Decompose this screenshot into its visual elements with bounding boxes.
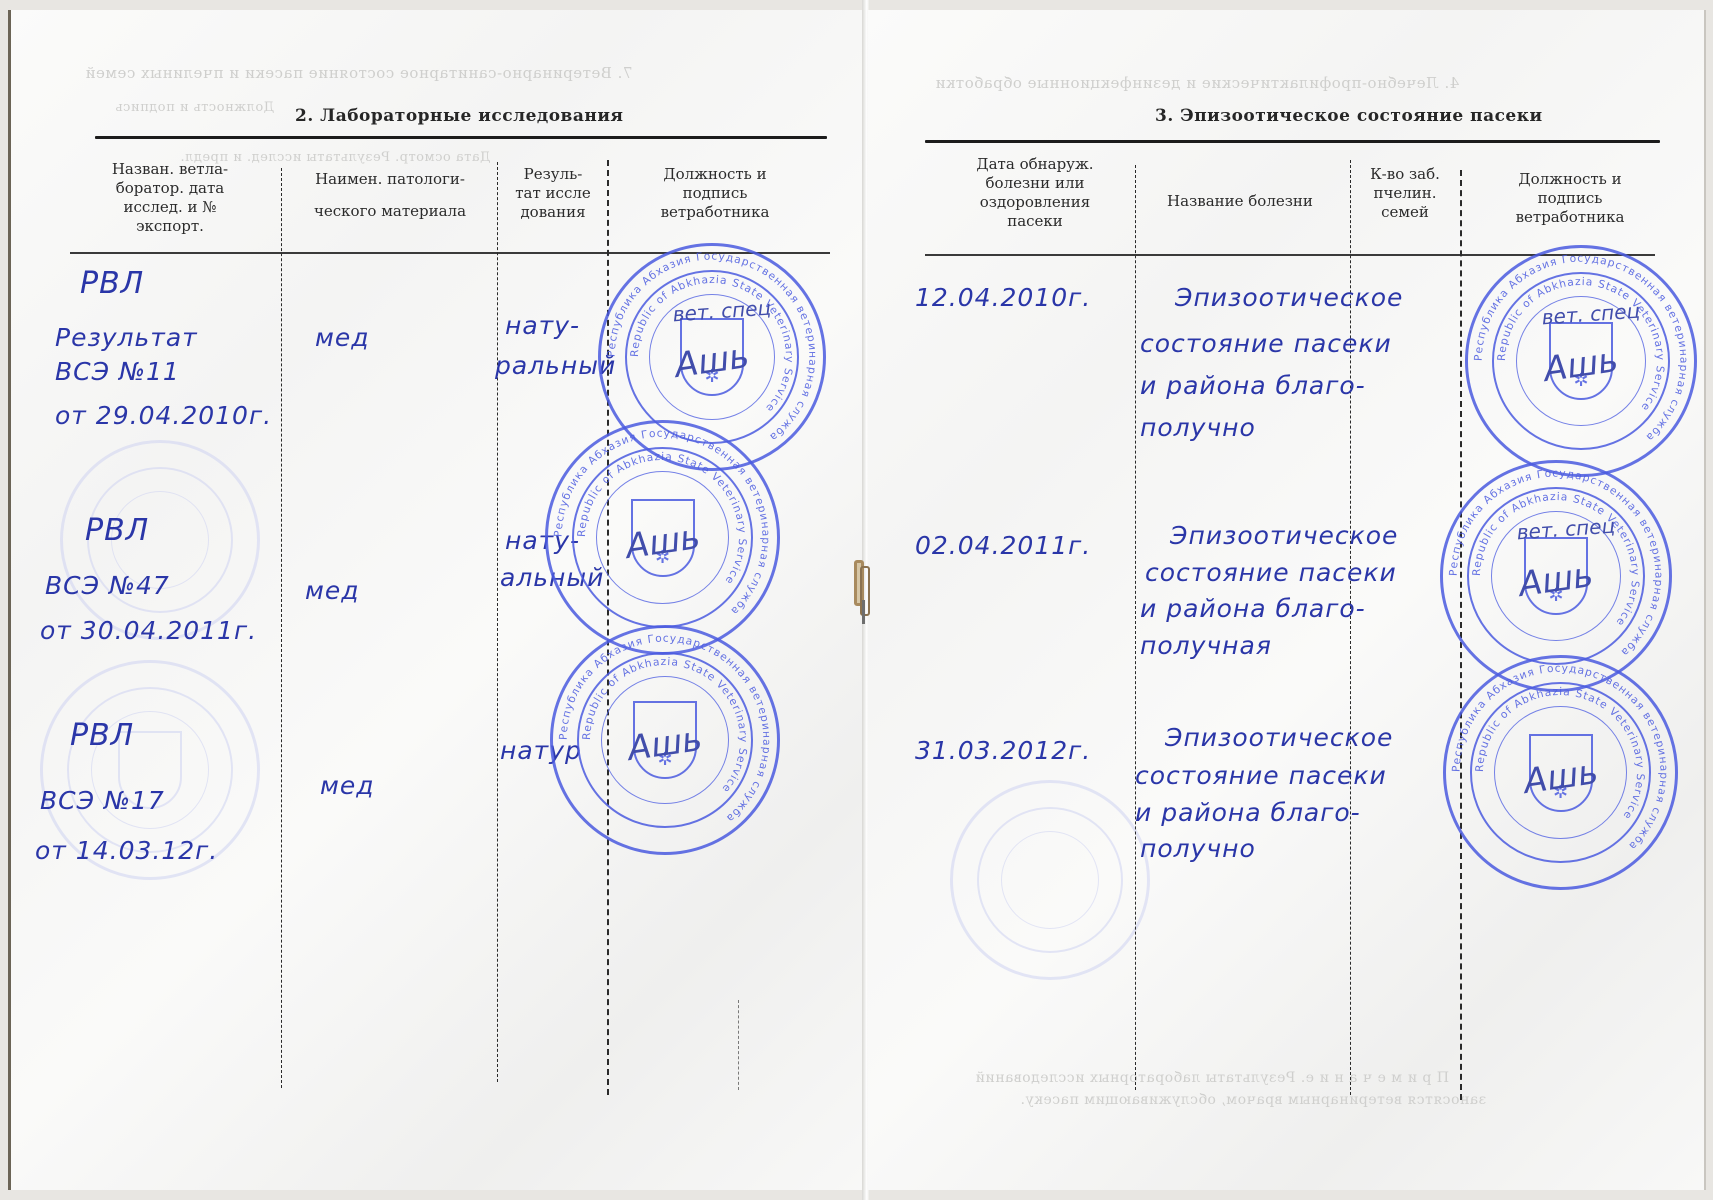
disease-line: получно (1140, 833, 1256, 864)
official-stamp: ✲ Республика Абхазия Государственная вет… (545, 420, 780, 655)
lab-name: РВЛ (80, 268, 144, 299)
date: 02.04.2011г. (915, 530, 1091, 561)
column-divider (281, 168, 282, 1088)
material: мед (305, 575, 360, 606)
lab-name: РВЛ (85, 515, 149, 546)
section-title-lab: 2. Лабораторные исследования (295, 106, 624, 126)
disease-line: и района благо- (1140, 370, 1366, 401)
official-stamp: ✲ Республика Абхазия Государственная вет… (1465, 245, 1697, 477)
ghost-col-right: Должность и подпись (115, 100, 274, 115)
col-header-result: Резуль- тат иссле дования (497, 165, 609, 222)
col-header-lab: Назван. ветла- боратор. дата исслед. и №… (70, 160, 270, 236)
title-rule (95, 136, 827, 139)
col-header-signature: Должность и подпись ветработника (1465, 170, 1675, 227)
disease-line: получная (1140, 630, 1272, 661)
material: мед (320, 770, 375, 801)
lab-line: ВСЭ №17 (40, 785, 165, 816)
svg-text:Republic of Abkhazia State Vet: Republic of Abkhazia State Veterinary Se… (575, 450, 749, 587)
date: 12.04.2010г. (915, 282, 1091, 313)
ghost-header-right: 4. Лечебно-профилактические и дезинфекци… (935, 74, 1459, 92)
lab-date: от 29.04.2010г. (55, 400, 272, 431)
date: 31.03.2012г. (915, 735, 1091, 766)
disease-line: состояние пасеки (1145, 557, 1397, 588)
disease-line: и района благо- (1135, 797, 1361, 828)
ghost-footer-1: П р и м е ч а н и е. Результаты лаборато… (975, 1070, 1449, 1086)
lab-line: ВСЭ №11 (55, 356, 180, 387)
ghost-stamp (950, 780, 1150, 980)
binding-staple-icon (850, 560, 876, 618)
col-header-signature: Должность и подпись ветработника (615, 165, 815, 222)
column-divider (1135, 165, 1136, 1090)
col-header-disease: Название болезни (1135, 192, 1345, 211)
passport-spread: 7. Ветеринарно-санитарное состояние пасе… (0, 0, 1713, 1200)
disease-line: Эпизоотическое (1165, 722, 1393, 753)
col-header-material: Наимен. патологи- ческого материала (280, 170, 500, 221)
lab-line: Результат (55, 322, 198, 353)
result-line: нату- (505, 310, 580, 341)
disease-line: Эпизоотическое (1170, 520, 1398, 551)
col-header-count: К-во заб. пчелин. семей (1350, 165, 1460, 222)
disease-line: состояние пасеки (1140, 328, 1392, 359)
col-header-date: Дата обнаруж. болезни или оздоровления п… (940, 155, 1130, 231)
official-stamp: ✲ Республика Абхазия Государственная вет… (550, 625, 780, 855)
column-divider (738, 1000, 739, 1090)
disease-line: и района благо- (1140, 593, 1366, 624)
disease-line: состояние пасеки (1135, 760, 1387, 791)
lab-name: РВЛ (70, 720, 134, 751)
lab-line: ВСЭ №47 (45, 570, 170, 601)
disease-line: Эпизоотическое (1175, 282, 1403, 313)
official-stamp: ✲ Республика Абхазия Государственная вет… (1443, 655, 1678, 890)
ghost-header-left: 7. Ветеринарно-санитарное состояние пасе… (85, 64, 632, 82)
disease-line: получно (1140, 412, 1256, 443)
ghost-footer-2: заносятся ветеринарным врачом, обслужива… (1020, 1092, 1486, 1108)
lab-date: от 30.04.2011г. (40, 615, 257, 646)
section-title-epizootic: 3. Эпизоотическое состояние пасеки (1155, 106, 1543, 126)
material: мед (315, 322, 370, 353)
svg-text:Republic of Abkhazia State Vet: Republic of Abkhazia State Veterinary Se… (1473, 685, 1647, 822)
title-rule (925, 140, 1660, 143)
lab-date: от 14.03.12г. (35, 835, 218, 866)
column-divider (497, 162, 498, 1082)
